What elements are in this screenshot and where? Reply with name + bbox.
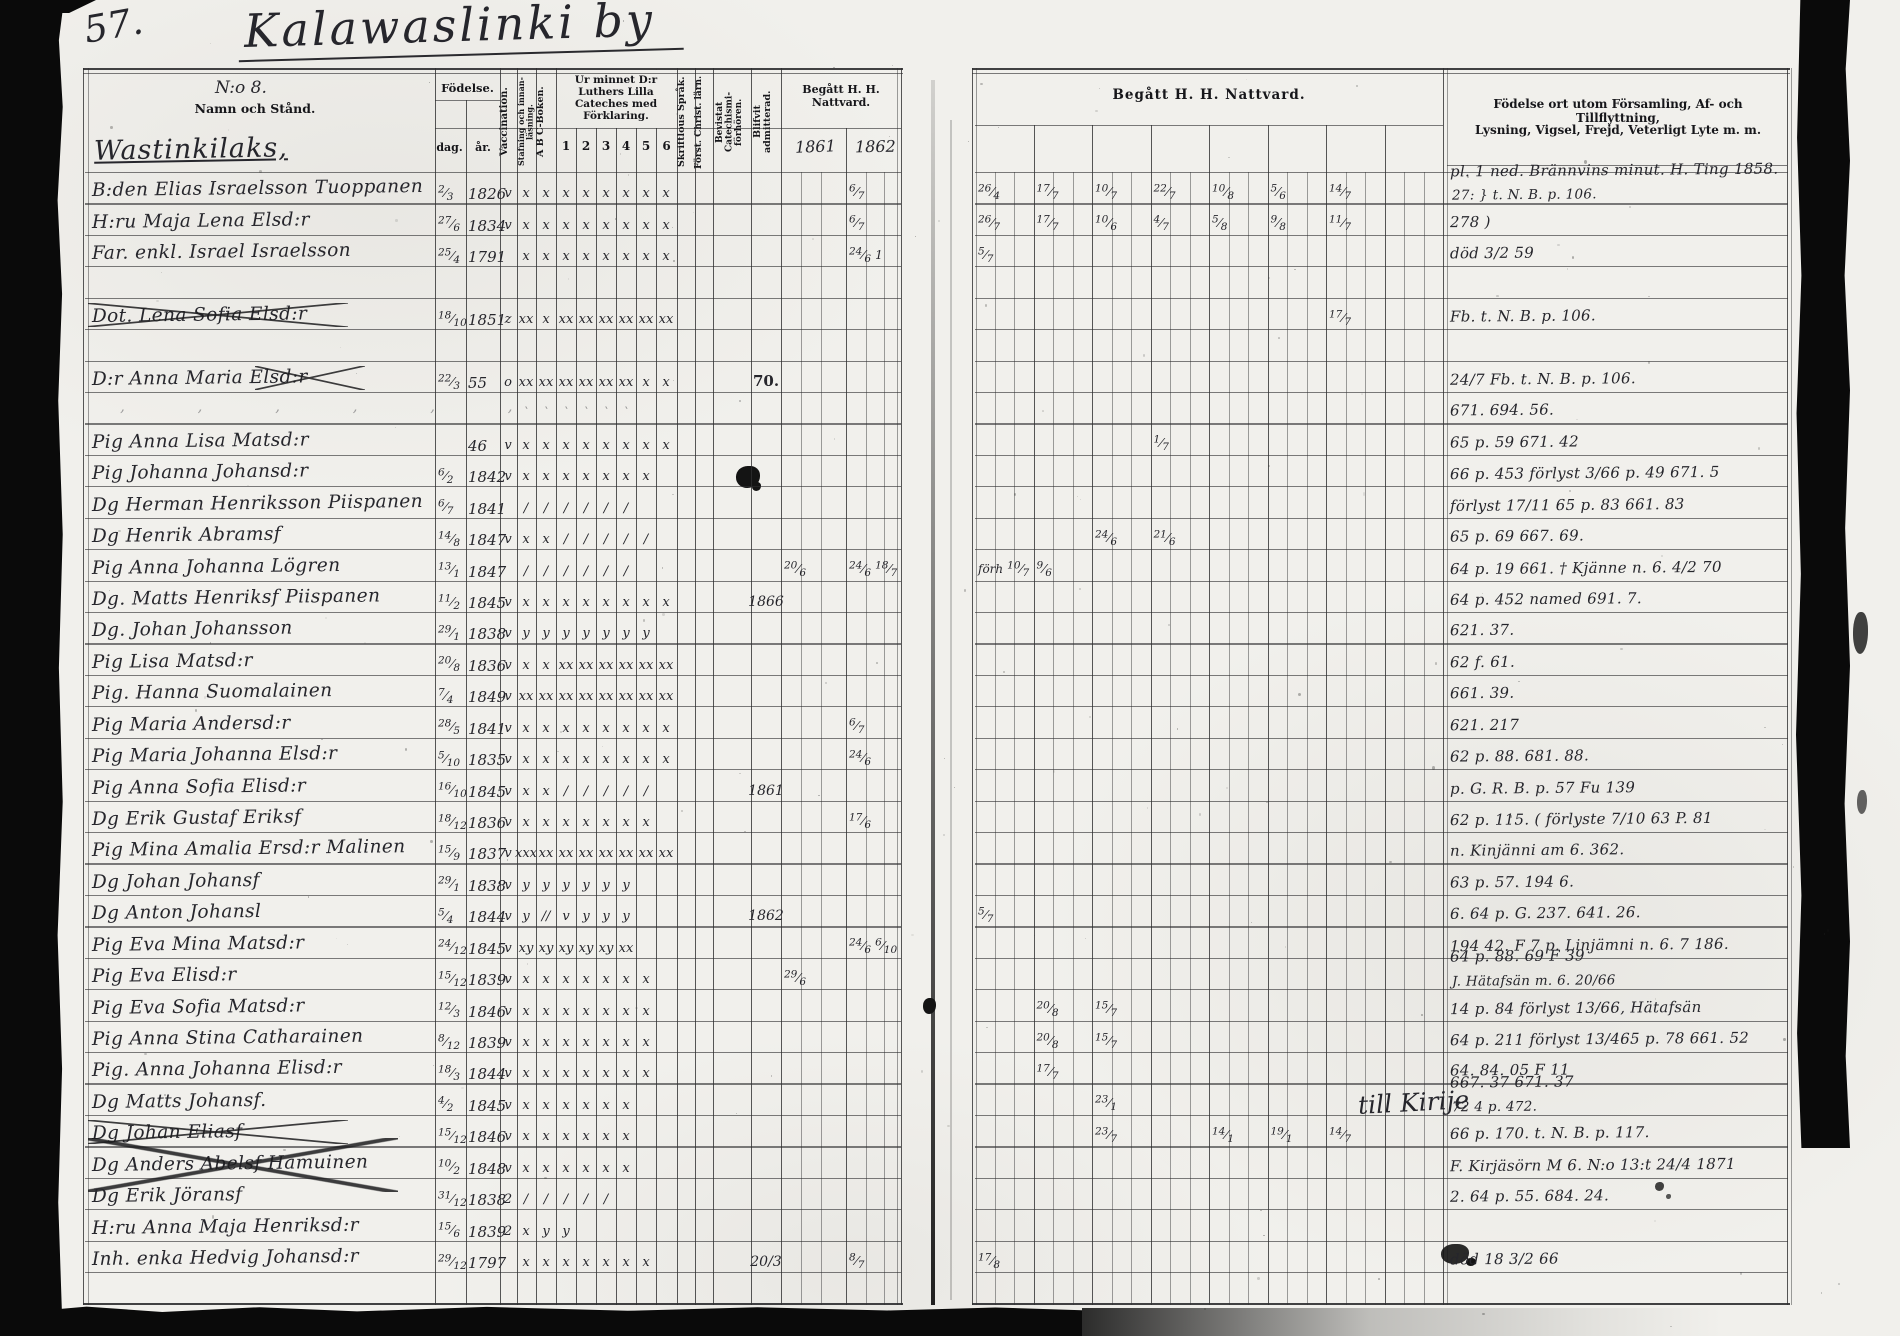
reading-mark: x bbox=[582, 815, 589, 830]
noise-speck bbox=[110, 126, 113, 129]
reading-mark: x bbox=[642, 375, 649, 390]
communion-date-1864: 9⁄6 bbox=[1037, 560, 1056, 579]
noise-speck bbox=[180, 911, 182, 913]
reading-mark: x bbox=[542, 752, 549, 767]
register-row-22: Dg Johan Johansf29⁄11838vyyyyyy63 p. 57.… bbox=[0, 863, 1900, 894]
noise-speck bbox=[1517, 886, 1519, 888]
margin-note: 64 p. 19 661. † Kjänne n. 6. 4/2 70 bbox=[1450, 557, 1722, 577]
reading-mark: x bbox=[542, 784, 549, 799]
communion-date-1865: 15⁄7 bbox=[1095, 1032, 1121, 1051]
faint-strokes: ‚ ‚ ‚ ‚ ‚ ‚ bbox=[120, 397, 546, 415]
vaccination-mark: v bbox=[504, 658, 511, 673]
col-header-catechism-meeting: Bevistat Catechismi-förhören. bbox=[716, 74, 748, 170]
reading-mark: x bbox=[602, 249, 609, 264]
birth-day-cell: 15⁄6 bbox=[438, 1219, 464, 1240]
communion-date-1862: 6⁄7 bbox=[849, 214, 868, 233]
name-cell: Far. enkl. Israel Israelsson bbox=[92, 240, 351, 264]
reading-mark: y bbox=[582, 626, 589, 641]
reading-mark: y bbox=[642, 626, 649, 641]
register-row-10: Dg Herman Henriksson Piispanen6⁄71841///… bbox=[0, 486, 1900, 517]
name-cell: Pig Anna Stina Catharainen bbox=[92, 1026, 364, 1050]
birth-year-cell: 1834 bbox=[468, 217, 506, 235]
name-cell: Pig Johanna Johansd:r bbox=[92, 461, 309, 485]
reading-mark: x bbox=[562, 438, 569, 453]
noise-speck bbox=[1432, 766, 1435, 770]
register-row-9: Pig Johanna Johansd:r6⁄21842vxxxxxxx66 p… bbox=[0, 455, 1900, 486]
register-row-8: Pig Anna Lisa Matsd:r46vxxxxxxxx1⁄765 p.… bbox=[0, 423, 1900, 454]
birth-year-cell: 1826 bbox=[468, 185, 506, 203]
scanned-parish-register: 57. Kalawaslinki by Wastinkilaks, N:o 8.… bbox=[0, 0, 1900, 1336]
reading-mark: xx bbox=[639, 689, 654, 704]
reading-mark: x bbox=[602, 438, 609, 453]
noise-speck bbox=[364, 642, 366, 644]
reading-mark: v bbox=[562, 909, 569, 924]
birth-year-cell: 1839 bbox=[468, 1034, 506, 1052]
margin-note: 62 p. 88. 681. 88. bbox=[1450, 747, 1589, 766]
birth-day-cell: 11⁄2 bbox=[438, 591, 464, 612]
reading-mark: x bbox=[622, 438, 629, 453]
noise-speck bbox=[1421, 1014, 1422, 1016]
birth-day-cell: 24⁄12 bbox=[438, 936, 471, 957]
birth-day-cell: 28⁄5 bbox=[438, 716, 464, 737]
vaccination-mark: v bbox=[504, 784, 511, 799]
reading-mark: x bbox=[542, 218, 549, 233]
reading-mark: x bbox=[622, 1004, 629, 1019]
reading-mark: xx bbox=[539, 846, 554, 861]
birth-day-cell: 14⁄8 bbox=[438, 528, 464, 549]
birth-year-cell: 1836 bbox=[468, 814, 506, 832]
margin-note: förlyst 17/11 65 p. 83 661. 83 bbox=[1450, 495, 1685, 515]
reading-mark: / bbox=[644, 784, 648, 799]
reading-mark: // bbox=[542, 909, 551, 924]
reading-mark: x bbox=[562, 1004, 569, 1019]
communion-date-1868: 19⁄1 bbox=[1271, 1126, 1297, 1145]
noise-speck bbox=[1268, 277, 1270, 278]
name-cell: Dg Johan Eliasf bbox=[92, 1121, 243, 1144]
reading-mark: xx bbox=[599, 689, 614, 704]
reading-mark: x bbox=[662, 438, 669, 453]
reading-mark: x bbox=[582, 1129, 589, 1144]
reading-mark: xx bbox=[599, 312, 614, 327]
reading-mark: xx bbox=[519, 689, 534, 704]
vaccination-mark: v bbox=[504, 438, 511, 453]
col-header-notes-line1: Födelse ort utom Församling, Af- och Til… bbox=[1452, 98, 1784, 126]
reading-mark: x bbox=[562, 752, 569, 767]
reading-mark: xx bbox=[659, 312, 674, 327]
reading-mark: x bbox=[642, 469, 649, 484]
birth-day-cell: 4⁄2 bbox=[438, 1093, 457, 1114]
margin-note: n. Kinjänni am 6. 362. bbox=[1450, 841, 1625, 861]
name-cell: Pig Eva Mina Matsd:r bbox=[92, 932, 305, 956]
rule-line bbox=[975, 1272, 1788, 1273]
col-header-vaccination: Vaccination. bbox=[500, 74, 517, 170]
communion-date-1869: 11⁄7 bbox=[1329, 214, 1355, 233]
vaccination-mark: v bbox=[504, 721, 511, 736]
noise-speck bbox=[1783, 1038, 1786, 1041]
vaccination-mark: v bbox=[504, 532, 511, 547]
communion-date-1865: 10⁄6 bbox=[1095, 214, 1121, 233]
noise-speck bbox=[1378, 1278, 1381, 1280]
name-cell: H:ru Maja Lena Elsd:r bbox=[92, 209, 310, 233]
reading-mark: / bbox=[644, 532, 648, 547]
reading-mark: x bbox=[542, 186, 549, 201]
vaccination-mark: v bbox=[504, 878, 511, 893]
noise-speck bbox=[156, 300, 159, 302]
birth-day-cell: 29⁄1 bbox=[438, 622, 464, 643]
reading-mark: x bbox=[642, 1066, 649, 1081]
noise-speck bbox=[144, 1053, 147, 1055]
birth-day-cell: 6⁄7 bbox=[438, 496, 457, 517]
birth-year-cell: 1848 bbox=[468, 1160, 506, 1178]
reading-mark: / bbox=[524, 564, 528, 579]
reading-mark: xy bbox=[559, 941, 574, 956]
reading-mark: xy bbox=[579, 941, 594, 956]
reading-mark: x bbox=[602, 972, 609, 987]
admitted-entry: 70. bbox=[753, 372, 779, 390]
admitted-entry: 20/3 bbox=[750, 1254, 781, 1270]
noise-speck bbox=[1285, 946, 1286, 947]
vaccination-mark: v bbox=[504, 626, 511, 641]
reading-mark: x bbox=[622, 218, 629, 233]
reading-mark: xx bbox=[619, 312, 634, 327]
birth-year-cell: 1844 bbox=[468, 908, 506, 926]
reading-mark: y bbox=[622, 909, 629, 924]
reading-mark: x bbox=[602, 1161, 609, 1176]
admitted-entry: 1862 bbox=[748, 908, 784, 924]
reading-mark: ` bbox=[523, 406, 530, 421]
reading-mark: x bbox=[542, 658, 549, 673]
reading-mark: x bbox=[522, 721, 529, 736]
register-row-26: Pig Eva Sofia Matsd:r12⁄31846vxxxxxxx20⁄… bbox=[0, 989, 1900, 1020]
noise-speck bbox=[1389, 861, 1392, 863]
name-cell: Dg. Matts Henriksf Piispanen bbox=[92, 585, 381, 610]
reading-mark: y bbox=[562, 1224, 569, 1239]
reading-mark: x bbox=[522, 658, 529, 673]
reading-mark: xx bbox=[619, 658, 634, 673]
vaccination-mark: v bbox=[504, 909, 511, 924]
reading-mark: x bbox=[642, 815, 649, 830]
reading-mark: / bbox=[624, 784, 628, 799]
noise-speck bbox=[1821, 1292, 1823, 1294]
reading-mark: x bbox=[522, 218, 529, 233]
communion-date-1867: 5⁄8 bbox=[1212, 214, 1231, 233]
margin-note: död 3/2 59 bbox=[1450, 244, 1534, 263]
reading-mark: x bbox=[582, 1004, 589, 1019]
birth-day-cell: 7⁄4 bbox=[438, 685, 457, 706]
noise-speck bbox=[1263, 1235, 1264, 1236]
noise-speck bbox=[1147, 807, 1149, 808]
vaccination-mark: v bbox=[504, 972, 511, 987]
noise-speck bbox=[1740, 1272, 1743, 1275]
name-cell: Pig Lisa Matsd:r bbox=[92, 650, 253, 673]
reading-mark: xx bbox=[559, 689, 574, 704]
birth-day-cell: 22⁄3 bbox=[438, 371, 464, 392]
vaccination-mark: v bbox=[504, 595, 511, 610]
birth-year-cell: 1846 bbox=[468, 1128, 506, 1146]
communion-date-1862: 24⁄6 bbox=[849, 749, 875, 768]
reading-mark: xx bbox=[639, 312, 654, 327]
col-header-spelling: Stafning och innan-läsning. bbox=[517, 74, 536, 170]
name-cell: Pig Maria Johanna Elsd:r bbox=[92, 743, 338, 767]
name-cell: B:den Elias Israelsson Tuoppanen bbox=[92, 176, 424, 201]
reading-mark: x bbox=[542, 815, 549, 830]
noise-speck bbox=[212, 1215, 215, 1218]
reading-mark: x bbox=[562, 721, 569, 736]
communion-date-1866: 22⁄7 bbox=[1154, 183, 1180, 202]
name-cell: Pig. Hanna Suomalainen bbox=[92, 680, 333, 704]
reading-mark: x bbox=[622, 1129, 629, 1144]
margin-note: död 18 3/2 66 bbox=[1450, 1250, 1559, 1269]
noise-speck bbox=[980, 83, 983, 86]
reading-mark: x bbox=[522, 595, 529, 610]
name-cell: Inh. enka Hedvig Johansd:r bbox=[92, 1246, 359, 1270]
reading-mark: x bbox=[582, 1161, 589, 1176]
birth-year-cell: 1844 bbox=[468, 1065, 506, 1083]
noise-speck bbox=[739, 773, 740, 774]
noise-speck bbox=[336, 938, 337, 939]
reading-mark: / bbox=[544, 1192, 548, 1207]
reading-mark: ` bbox=[603, 406, 610, 421]
birth-day-cell: 13⁄1 bbox=[438, 559, 464, 580]
reading-mark: x bbox=[542, 1035, 549, 1050]
reading-mark: x bbox=[522, 1035, 529, 1050]
noise-speck bbox=[676, 113, 678, 115]
noise-speck bbox=[1764, 829, 1766, 830]
register-row-25: Pig Eva Elisd:r15⁄121839vxxxxxxx29⁄664 p… bbox=[0, 958, 1900, 989]
communion-date-1865: 10⁄7 bbox=[1095, 183, 1121, 202]
catechism-col-2: 2 bbox=[576, 140, 596, 154]
register-row-15: Pig Lisa Matsd:r20⁄81836vxxxxxxxxxxxxxx6… bbox=[0, 643, 1900, 674]
noise-speck bbox=[204, 696, 206, 699]
noise-speck bbox=[1648, 296, 1649, 297]
register-row-20: Dg Erik Gustaf Eriksf18⁄121836vxxxxxxx17… bbox=[0, 801, 1900, 832]
reading-mark: x bbox=[622, 469, 629, 484]
birth-year-cell: 1838 bbox=[468, 1191, 506, 1209]
register-row-14: Dg. Johan Johansson29⁄11838vyyyyyyy621. … bbox=[0, 612, 1900, 643]
col-header-day: dag. bbox=[433, 142, 466, 155]
register-row-28: Pig. Anna Johanna Elisd:r18⁄31844vxxxxxx… bbox=[0, 1052, 1900, 1083]
name-cell: Pig Eva Sofia Matsd:r bbox=[92, 995, 305, 1019]
birth-year-cell: 1847 bbox=[468, 531, 506, 549]
noise-speck bbox=[892, 65, 893, 66]
year-label-1861: 1861 bbox=[795, 136, 836, 156]
reading-mark: x bbox=[642, 438, 649, 453]
reading-mark: x bbox=[642, 1255, 649, 1270]
name-cell: Pig. Anna Johanna Elisd:r bbox=[92, 1057, 342, 1081]
reading-mark: xx bbox=[619, 846, 634, 861]
noise-speck bbox=[615, 218, 617, 220]
reading-mark: xx bbox=[599, 375, 614, 390]
reading-mark: x bbox=[622, 1066, 629, 1081]
noise-speck bbox=[635, 1007, 637, 1009]
register-row-21: Pig Mina Amalia Ersd:r Malinen15⁄91837vx… bbox=[0, 832, 1900, 863]
birth-day-cell: 5⁄10 bbox=[438, 748, 464, 769]
col-header-written-language: Skriftlous Språk. bbox=[677, 74, 695, 170]
name-cell: Dg Henrik Abramsf bbox=[92, 524, 281, 547]
register-row-24: Pig Eva Mina Matsd:r24⁄121845vxyxyxyxyxy… bbox=[0, 926, 1900, 957]
birth-day-cell: 10⁄2 bbox=[438, 1156, 464, 1177]
col-header-year: år. bbox=[466, 142, 500, 155]
communion-date-1867: 10⁄8 bbox=[1212, 183, 1238, 202]
noise-speck bbox=[968, 141, 969, 142]
noise-speck bbox=[825, 682, 827, 683]
reading-mark: y bbox=[522, 626, 529, 641]
reading-mark: x bbox=[562, 1066, 569, 1081]
noise-speck bbox=[259, 170, 262, 173]
reading-mark: xx bbox=[559, 846, 574, 861]
birth-day-cell: 6⁄2 bbox=[438, 465, 457, 486]
margin-note: 621. 37. bbox=[1450, 621, 1515, 640]
reading-mark: x bbox=[662, 375, 669, 390]
name-cell: H:ru Anna Maja Henriksd:r bbox=[92, 1214, 359, 1238]
reading-mark: x bbox=[522, 1004, 529, 1019]
reading-mark: x bbox=[582, 438, 589, 453]
birth-year-cell: 1836 bbox=[468, 657, 506, 675]
birth-year-cell: 1841 bbox=[468, 720, 506, 738]
reading-mark: y bbox=[582, 909, 589, 924]
register-row-0: B:den Elias Israelsson Tuoppanen2⁄31826v… bbox=[0, 172, 1900, 203]
margin-note: 621. 217 bbox=[1450, 715, 1519, 734]
reading-mark: x bbox=[522, 815, 529, 830]
noise-speck bbox=[1620, 648, 1623, 651]
reading-mark: / bbox=[524, 1192, 528, 1207]
reading-mark: x bbox=[522, 972, 529, 987]
communion-date-1866: 1⁄7 bbox=[1154, 434, 1173, 453]
reading-mark: xx bbox=[619, 941, 634, 956]
reading-mark: x bbox=[622, 815, 629, 830]
reading-mark: y bbox=[522, 909, 529, 924]
reading-mark: x bbox=[562, 1161, 569, 1176]
reading-mark: x bbox=[542, 1098, 549, 1113]
reading-mark: x bbox=[562, 595, 569, 610]
reading-mark: y bbox=[622, 878, 629, 893]
birth-day-cell: 15⁄9 bbox=[438, 842, 464, 863]
noise-speck bbox=[889, 136, 890, 137]
village-group-title: Wastinkilaks, bbox=[94, 132, 288, 166]
margin-note: 63 p. 57. 194 6. bbox=[1450, 872, 1574, 891]
margin-note: 278 ) bbox=[1450, 213, 1491, 231]
reading-mark: / bbox=[564, 532, 568, 547]
vaccination-mark: o bbox=[504, 375, 512, 390]
register-row-34: Inh. enka Hedvig Johansd:r29⁄121797xxxxx… bbox=[0, 1241, 1900, 1272]
communion-date-1867: 14⁄1 bbox=[1212, 1126, 1238, 1145]
name-cell: Dg Erik Gustaf Eriksf bbox=[92, 806, 302, 830]
reading-mark: xx bbox=[659, 846, 674, 861]
reading-mark: x bbox=[582, 218, 589, 233]
reading-mark: x bbox=[542, 972, 549, 987]
register-row-27: Pig Anna Stina Catharainen8⁄121839vxxxxx… bbox=[0, 1021, 1900, 1052]
noise-speck bbox=[656, 69, 657, 70]
reading-mark: x bbox=[542, 595, 549, 610]
reading-mark: x bbox=[602, 218, 609, 233]
communion-date-1862: 24⁄61 bbox=[849, 246, 887, 265]
communion-date-1863: förh10⁄7 bbox=[978, 560, 1033, 579]
register-row-3 bbox=[0, 266, 1900, 297]
reading-mark: / bbox=[544, 564, 548, 579]
noise-speck bbox=[1143, 354, 1145, 356]
form-number: N:o 8. bbox=[215, 78, 267, 98]
margin-note: 66 p. 453 förlyst 3/66 p. 49 671. 5 bbox=[1450, 463, 1720, 483]
noise-speck bbox=[1361, 393, 1363, 395]
communion-date-1862: 24⁄618⁄7 bbox=[849, 560, 901, 579]
communion-date-1866: 4⁄7 bbox=[1154, 214, 1173, 233]
communion-date-1869: 14⁄7 bbox=[1329, 183, 1355, 202]
margin-note: Fb. t. N. B. p. 106. bbox=[1450, 307, 1596, 326]
reading-mark: / bbox=[564, 564, 568, 579]
vaccination-mark: v bbox=[504, 1004, 511, 1019]
reading-mark: / bbox=[564, 784, 568, 799]
birth-year-cell: 1849 bbox=[468, 688, 506, 706]
scan-edge-bottom-fade bbox=[1082, 1308, 1722, 1336]
birth-year-cell: 1851 bbox=[468, 311, 506, 329]
page-number: 57. bbox=[81, 0, 146, 52]
noise-speck bbox=[693, 212, 694, 213]
noise-speck bbox=[1034, 935, 1035, 936]
birth-day-cell: 15⁄12 bbox=[438, 968, 471, 989]
register-row-4: Dot. Lena Sofia Elsd:r18⁄101851zxxxxxxxx… bbox=[0, 298, 1900, 329]
noise-speck bbox=[1246, 79, 1248, 80]
margin-note: F. Kirjäsörn M 6. N:o 13:t 24/4 1871 bbox=[1450, 1155, 1736, 1175]
noise-speck bbox=[399, 1136, 400, 1137]
reading-mark: / bbox=[584, 784, 588, 799]
birth-year-cell: 1838 bbox=[468, 625, 506, 643]
communion-date-1865: 15⁄7 bbox=[1095, 1000, 1121, 1019]
margin-note: 24/7 Fb. t. N. B. p. 106. bbox=[1450, 369, 1636, 389]
birth-year-cell: 1845 bbox=[468, 1097, 506, 1115]
communion-date-1863: 17⁄8 bbox=[978, 1252, 1004, 1271]
reading-mark: / bbox=[604, 532, 608, 547]
margin-note: pl. 1 ned. Brännvins minut. H. Ting 1858… bbox=[1450, 160, 1779, 181]
reading-mark: x bbox=[562, 972, 569, 987]
register-row-13: Dg. Matts Henriksf Piispanen11⁄21845vxxx… bbox=[0, 581, 1900, 612]
birth-day-cell: 2⁄3 bbox=[438, 182, 457, 203]
reading-mark: xx bbox=[599, 658, 614, 673]
reading-mark: / bbox=[584, 532, 588, 547]
reading-mark: xx bbox=[519, 312, 534, 327]
birth-day-cell: 27⁄6 bbox=[438, 213, 464, 234]
reading-mark: xx bbox=[659, 658, 674, 673]
register-row-1: H:ru Maja Lena Elsd:r27⁄61834vxxxxxxxx6⁄… bbox=[0, 203, 1900, 234]
reading-mark: x bbox=[642, 972, 649, 987]
communion-date-1863: 5⁄7 bbox=[978, 246, 997, 265]
reading-mark: x bbox=[622, 1035, 629, 1050]
name-cell: Pig Anna Sofia Elisd:r bbox=[92, 775, 306, 799]
reading-mark: / bbox=[604, 564, 608, 579]
catechism-col-6: 6 bbox=[656, 140, 677, 154]
reading-mark: x bbox=[542, 1129, 549, 1144]
reading-mark: xx bbox=[559, 375, 574, 390]
reading-mark: x bbox=[602, 1004, 609, 1019]
reading-mark: y bbox=[562, 626, 569, 641]
reading-mark: / bbox=[604, 501, 608, 516]
reading-mark: x bbox=[602, 1066, 609, 1081]
noise-speck bbox=[1496, 295, 1498, 297]
reading-mark: x bbox=[582, 752, 589, 767]
reading-mark: x bbox=[522, 1161, 529, 1176]
noise-speck bbox=[1228, 157, 1230, 159]
reading-mark: xx bbox=[539, 375, 554, 390]
noise-speck bbox=[985, 304, 987, 306]
noise-speck bbox=[1095, 110, 1097, 112]
noise-speck bbox=[650, 853, 651, 854]
name-cell: Pig Mina Amalia Ersd:r Malinen bbox=[92, 837, 406, 862]
margin-note: p. G. R. B. p. 57 Fu 139 bbox=[1450, 778, 1635, 798]
noise-speck bbox=[228, 129, 229, 131]
birth-year-cell: 1845 bbox=[468, 594, 506, 612]
col-header-name: Namn och Stånd. bbox=[115, 102, 395, 116]
reading-mark: x bbox=[522, 752, 529, 767]
register-row-7: ‚ ‚ ‚ ‚ ‚ ‚``````671. 694. 56. bbox=[0, 392, 1900, 423]
